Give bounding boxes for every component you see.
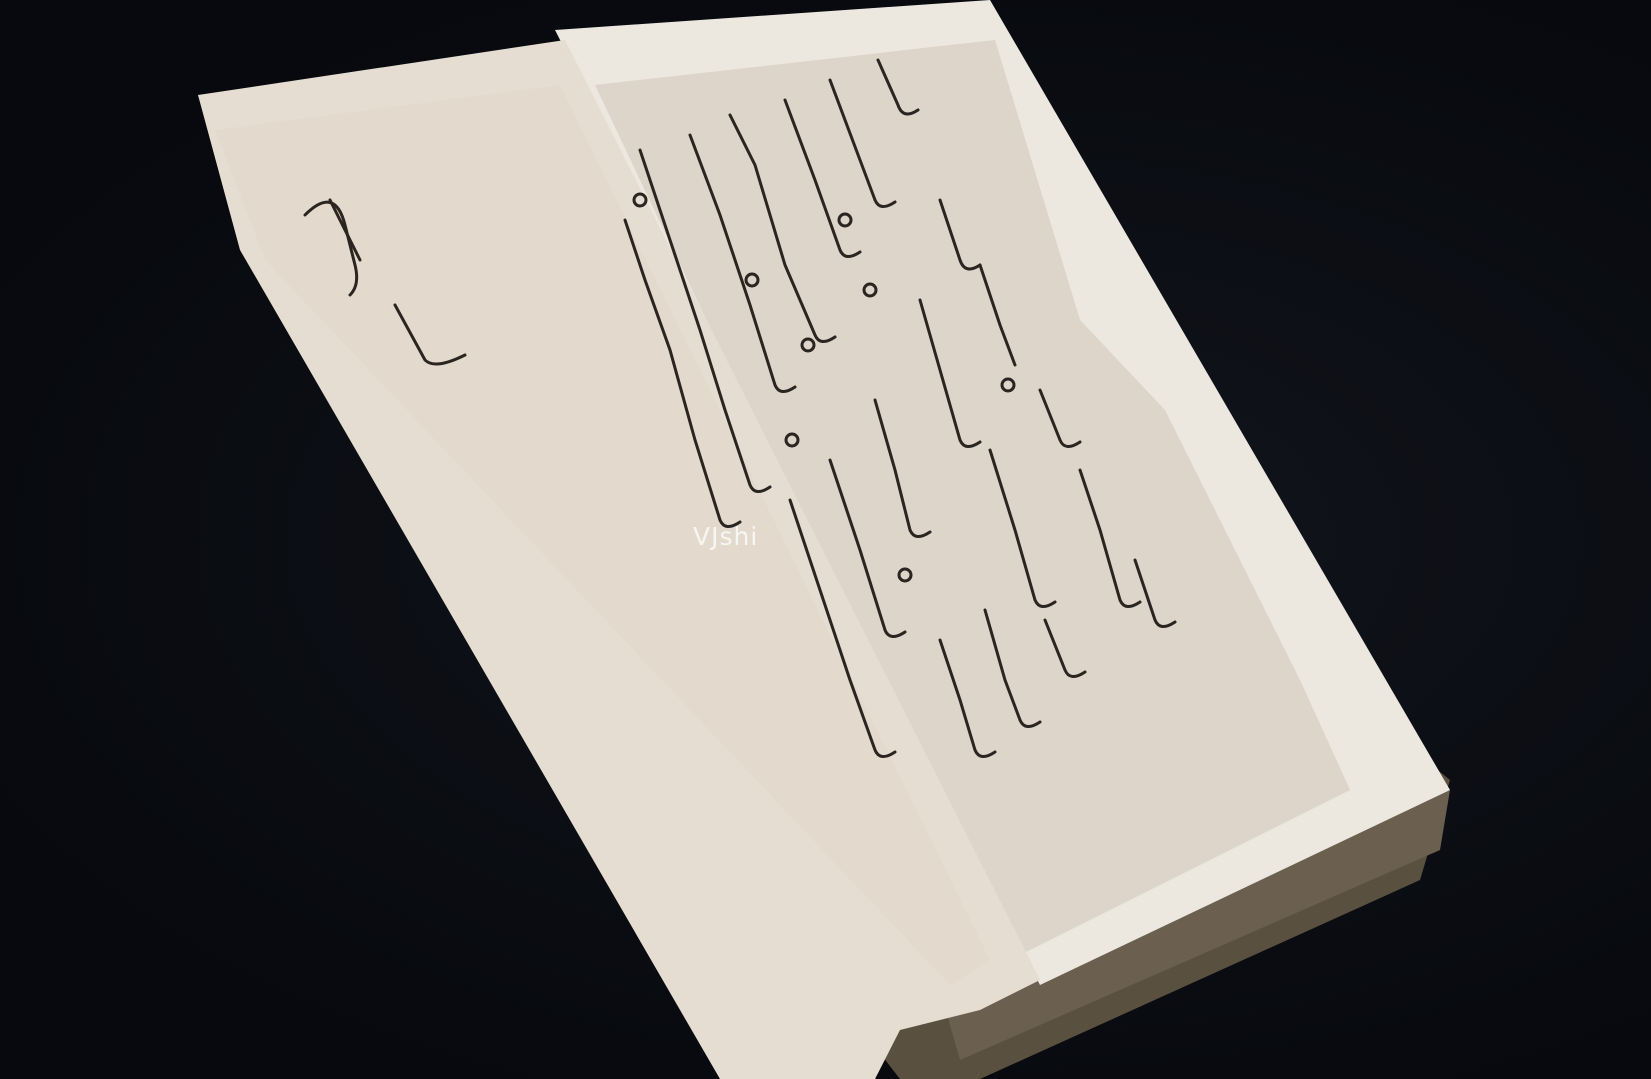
watermark-text: VJshi <box>693 522 758 551</box>
open-book <box>0 0 1651 1079</box>
